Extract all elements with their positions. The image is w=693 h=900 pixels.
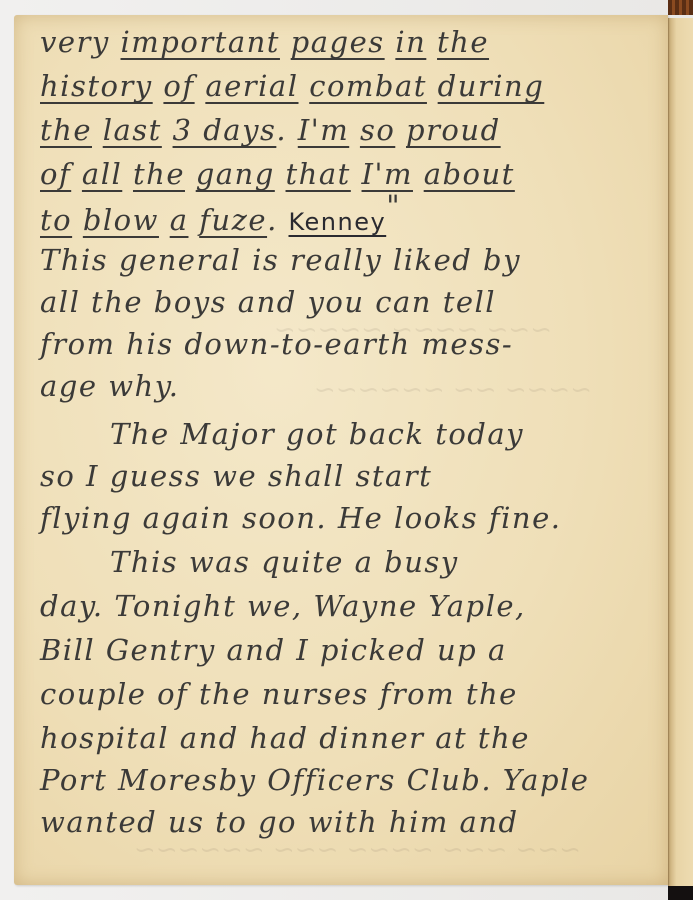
text-line: history of aerial combat during xyxy=(40,72,660,101)
text-segment xyxy=(122,157,133,191)
underlined-word: gang xyxy=(196,157,275,191)
text-segment xyxy=(280,25,291,59)
adjacent-page-edge xyxy=(668,18,693,886)
text-segment xyxy=(349,113,360,147)
text-line: the last 3 days. I'm so proud xyxy=(40,116,660,145)
text-segment xyxy=(72,203,83,237)
text-segment xyxy=(385,25,396,59)
text-segment xyxy=(185,157,196,191)
underlined-word: of xyxy=(163,69,194,103)
text-segment xyxy=(71,157,82,191)
underlined-word: about xyxy=(424,157,515,191)
underlined-word: so xyxy=(360,113,395,147)
signature-kenney: Kenney xyxy=(289,208,387,236)
underlined-word: I'm xyxy=(362,157,413,191)
bleed-through-text: ~~~ ~~~ ~~~~ ~~~ ~~~~~~ xyxy=(134,835,581,865)
text-segment xyxy=(351,157,362,191)
text-segment xyxy=(413,157,424,191)
text-line: This was quite a busy xyxy=(110,548,693,577)
underlined-word: pages xyxy=(291,25,385,59)
book-binding-bottom xyxy=(668,886,693,900)
text-segment xyxy=(162,113,173,147)
text-segment xyxy=(188,203,199,237)
text-line: day. Tonight we, Wayne Yaple, xyxy=(40,592,660,621)
text-segment: very xyxy=(40,25,121,59)
text-line: This general is really liked by xyxy=(40,246,660,275)
text-segment xyxy=(159,203,170,237)
underlined-word: that xyxy=(286,157,351,191)
text-segment xyxy=(299,69,310,103)
text-line: The Major got back today xyxy=(110,420,693,449)
underlined-word: 3 days xyxy=(173,113,277,147)
text-line: Port Moresby Officers Club. Yaple xyxy=(40,766,660,795)
underlined-word: to xyxy=(40,203,72,237)
text-segment xyxy=(92,113,103,147)
text-line: hospital and had dinner at the xyxy=(40,724,660,753)
underlined-word: in xyxy=(395,25,426,59)
text-line: so I guess we shall start xyxy=(40,462,660,491)
text-segment xyxy=(395,113,406,147)
underlined-word: combat xyxy=(309,69,427,103)
underlined-word: of xyxy=(40,157,71,191)
text-line: wanted us to go with him and xyxy=(40,808,660,837)
book-binding-top xyxy=(668,0,693,15)
text-line: very important pages in the xyxy=(40,28,660,57)
closing-quote-mark: " xyxy=(386,189,401,223)
text-segment xyxy=(195,69,206,103)
text-line: all the boys and you can tell xyxy=(40,288,660,317)
text-segment xyxy=(153,69,164,103)
underlined-word: a xyxy=(170,203,189,237)
underlined-word: aerial xyxy=(205,69,298,103)
underlined-word: all xyxy=(82,157,122,191)
text-segment xyxy=(427,69,438,103)
underlined-word: blow xyxy=(83,203,159,237)
underlined-word: the xyxy=(133,157,185,191)
text-segment: . xyxy=(276,113,297,147)
text-segment xyxy=(275,157,286,191)
text-line: age why. xyxy=(40,372,660,401)
underlined-word: during xyxy=(438,69,545,103)
underlined-word: proud xyxy=(406,113,501,147)
text-segment xyxy=(426,25,437,59)
underlined-word: the xyxy=(437,25,489,59)
text-segment: . xyxy=(267,203,288,237)
underlined-word: the xyxy=(40,113,92,147)
underlined-word: history xyxy=(40,69,153,103)
text-line: from his down-to-earth mess- xyxy=(40,330,660,359)
text-line: to blow a fuze. Kenney" xyxy=(40,206,660,235)
text-line: Bill Gentry and I picked up a xyxy=(40,636,660,665)
text-line: flying again soon. He looks fine. xyxy=(40,504,660,533)
underlined-word: last xyxy=(103,113,162,147)
underlined-word: I'm xyxy=(298,113,349,147)
underlined-word: important xyxy=(121,25,280,59)
text-line: couple of the nurses from the xyxy=(40,680,660,709)
text-line: of all the gang that I'm about xyxy=(40,160,660,189)
underlined-word: fuze xyxy=(199,203,267,237)
